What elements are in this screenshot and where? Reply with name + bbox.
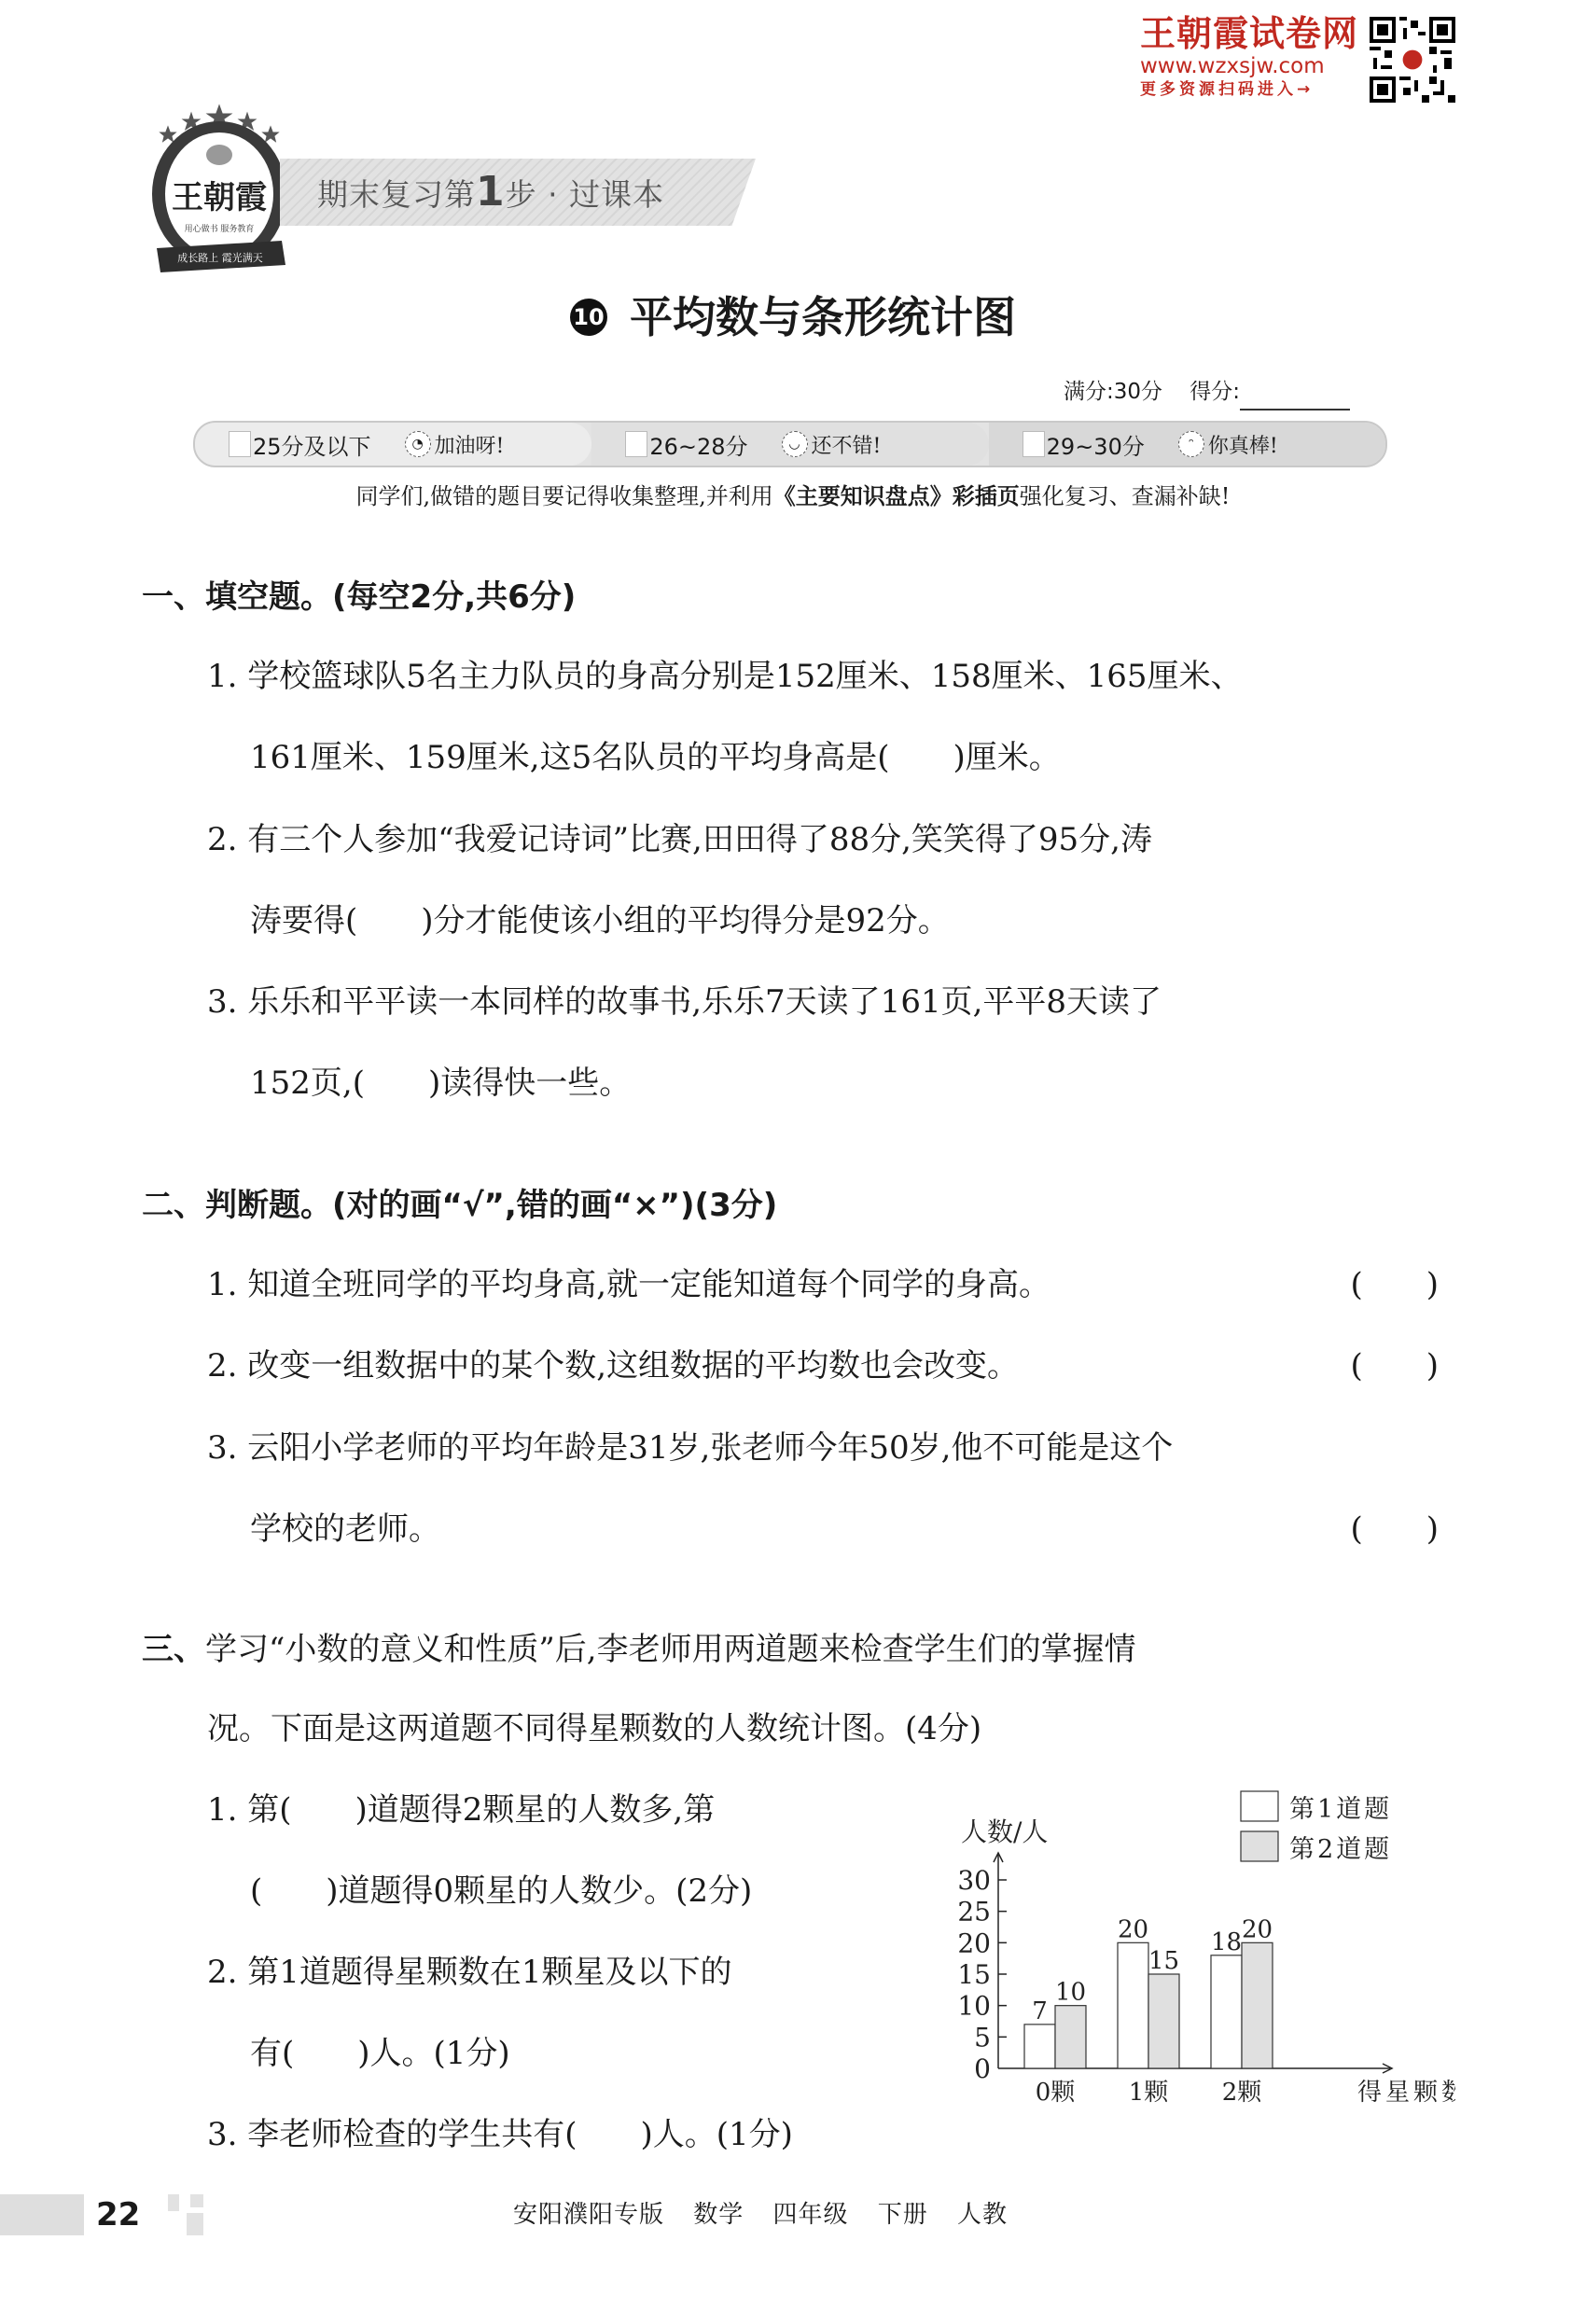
rating-message: 你真棒! (1208, 430, 1278, 459)
banner-step: 1 (476, 168, 506, 216)
y-tick-label: 15 (957, 1959, 991, 1990)
x-tick-label: 0颗 (1036, 2079, 1077, 2107)
section-number: 三、 (142, 1631, 205, 1668)
y-tick-label: 5 (974, 2022, 991, 2053)
legend-label: 第1道题 (1289, 1795, 1392, 1824)
legend-swatch (1241, 1831, 1278, 1861)
score-label: 得分: (1189, 380, 1240, 404)
y-tick-label: 30 (957, 1865, 991, 1896)
rating-message: 加油呀! (435, 430, 505, 459)
score-input[interactable] (1240, 384, 1350, 411)
question-text: 学校的老师。 (250, 1510, 440, 1548)
bar-value-label: 7 (1032, 1997, 1048, 2025)
y-tick-label: 0 (974, 2053, 991, 2084)
question-3-3[interactable]: 3. 李老师检查的学生共有( )人。(1分) (207, 2107, 793, 2163)
bar-value-label: 20 (1118, 1915, 1148, 1943)
sad-face-icon: ◔ (405, 431, 431, 457)
section-3-heading: 三、学习“小数的意义和性质”后,李老师用两道题来检查学生们的掌握情 (142, 1621, 1136, 1677)
rating-option-high: 29~30分 ᵔ 你真棒! (989, 423, 1385, 466)
brand-scan-hint: 更多资源扫码进入→ (1140, 78, 1383, 101)
legend-label: 第2道题 (1289, 1835, 1392, 1864)
rating-checkbox[interactable] (1023, 431, 1045, 457)
footer-decoration (0, 2194, 84, 2235)
question-1-1-line2[interactable]: 161厘米、159厘米,这5名队员的平均身高是( )厘米。 (250, 730, 1061, 786)
answer-blank[interactable]: ( ) (1350, 1501, 1439, 1557)
footer-decoration (190, 2194, 203, 2207)
answer-blank[interactable]: ( ) (1350, 1338, 1439, 1394)
brand-url[interactable]: www.wzxsjw.com (1140, 54, 1383, 78)
qr-code-icon[interactable] (1370, 17, 1455, 103)
bar (1024, 2025, 1055, 2068)
bar-chart: 051015202530人数/人7100颗20151颗18202颗得星颗数第1道… (933, 1754, 1455, 2108)
bar-value-label: 15 (1148, 1947, 1179, 1975)
bar-value-label: 18 (1211, 1928, 1242, 1956)
tip-emphasis: 《主要知识盘点》彩插页 (773, 483, 1020, 509)
bar (1055, 2006, 1086, 2068)
rating-option-low: 25分及以下 ◔ 加油呀! (195, 423, 591, 466)
footer-decoration (168, 2194, 179, 2211)
bar-value-label: 20 (1242, 1915, 1273, 1943)
judge-question-3-line1: 3. 云阳小学老师的平均年龄是31岁,张老师今年50岁,他不可能是这个 (207, 1420, 1173, 1476)
brand-logo-icon: 王朝霞 用心做书 服务教育 成长路上 霞光满天 (140, 101, 299, 278)
brand-block: 王朝霞试卷网 www.wzxsjw.com 更多资源扫码进入→ (1140, 13, 1383, 101)
banner-prefix: 期末复习第 (317, 176, 476, 213)
rating-option-mid: 26~28分 ◡ 还不错! (591, 423, 988, 466)
question-text: 1. 知道全班同学的平均身高,就一定能知道每个同学的身高。 (207, 1266, 1050, 1303)
section-2-heading: 二、判断题。(对的画“√”,错的画“×”)(3分) (142, 1177, 777, 1233)
legend-swatch (1241, 1791, 1278, 1821)
svg-text:成长路上 霞光满天: 成长路上 霞光满天 (177, 251, 263, 264)
question-1-1-line1: 1. 学校篮球队5名主力队员的身高分别是152厘米、158厘米、165厘米、 (207, 648, 1243, 704)
question-1-2-line2[interactable]: 涛要得( )分才能使该小组的平均得分是92分。 (250, 893, 950, 949)
answer-blank[interactable]: ( ) (1350, 1257, 1439, 1313)
study-tip: 同学们,做错的题目要记得收集整理,并利用《主要知识盘点》彩插页强化复习、查漏补缺… (0, 476, 1586, 517)
brand-name: 王朝霞试卷网 (1140, 13, 1383, 54)
full-score: 满分:30分 (1064, 380, 1162, 404)
title-text: 平均数与条形统计图 (630, 292, 1016, 342)
y-axis-label: 人数/人 (961, 1816, 1048, 1847)
judge-question-3-line2: 学校的老师。 ( ) (250, 1501, 1439, 1557)
judge-question-1: 1. 知道全班同学的平均身高,就一定能知道每个同学的身高。 ( ) (207, 1257, 1439, 1313)
banner-title: 期末复习第1步 · 过课本 (317, 168, 664, 219)
smile-face-icon: ◡ (782, 431, 808, 457)
bar (1211, 1955, 1242, 2068)
tip-text: 同学们,做错的题目要记得收集整理,并利用 (356, 483, 773, 509)
section-1-heading: 一、填空题。(每空2分,共6分) (142, 569, 576, 625)
page-title: 10平均数与条形统计图 (0, 280, 1586, 355)
rating-range: 25分及以下 (253, 428, 371, 461)
question-3-2-line2[interactable]: 有( )人。(1分) (250, 2025, 510, 2081)
banner-suffix: 步 · 过课本 (506, 176, 664, 213)
page-number: 22 (96, 2192, 140, 2237)
section-3-text: 学习“小数的意义和性质”后,李老师用两道题来检查学生们的掌握情 (205, 1631, 1136, 1668)
bar (1118, 1942, 1148, 2068)
section-3-heading-line2: 况。下面是这两道题不同得星颗数的人数统计图。(4分) (207, 1701, 981, 1757)
tip-text: 强化复习、查漏补缺! (1020, 483, 1231, 509)
rating-message: 还不错! (812, 430, 882, 459)
y-tick-label: 10 (957, 1991, 991, 2022)
bar-value-label: 10 (1055, 1979, 1086, 2007)
x-tick-label: 1颗 (1129, 2079, 1170, 2107)
happy-face-icon: ᵔ (1178, 431, 1204, 457)
question-1-2-line1: 2. 有三个人参加“我爱记诗词”比赛,田田得了88分,笑笑得了95分,涛 (207, 812, 1152, 868)
score-line: 满分:30分 得分: (1064, 373, 1350, 411)
svg-text:用心做书 服务教育: 用心做书 服务教育 (185, 223, 255, 234)
y-tick-label: 25 (957, 1897, 991, 1927)
question-3-2-line1: 2. 第1道题得星颗数在1颗星及以下的 (207, 1944, 732, 2000)
rating-checkbox[interactable] (229, 431, 251, 457)
question-3-1-line1[interactable]: 1. 第( )道题得2颗星的人数多,第 (207, 1782, 715, 1838)
self-rating-bar: 25分及以下 ◔ 加油呀! 26~28分 ◡ 还不错! 29~30分 ᵔ 你真棒… (193, 421, 1387, 467)
bar (1242, 1942, 1273, 2068)
svg-text:王朝霞: 王朝霞 (172, 179, 267, 216)
rating-checkbox[interactable] (625, 431, 647, 457)
question-1-3-line1: 3. 乐乐和平平读一本同样的故事书,乐乐7天读了161页,平平8天读了 (207, 974, 1162, 1030)
question-3-1-line2[interactable]: ( )道题得0颗星的人数少。(2分) (250, 1863, 752, 1919)
bar (1148, 1974, 1179, 2068)
unit-number-badge: 10 (570, 299, 607, 336)
x-axis-label: 得星颗数 (1357, 2079, 1455, 2107)
rating-range: 29~30分 (1047, 428, 1145, 461)
x-tick-label: 2颗 (1222, 2079, 1263, 2107)
edition-info: 安阳濮阳专版 数学 四年级 下册 人教 (513, 2192, 1008, 2237)
question-text: 2. 改变一组数据中的某个数,这组数据的平均数也会改变。 (207, 1347, 1019, 1385)
judge-question-2: 2. 改变一组数据中的某个数,这组数据的平均数也会改变。 ( ) (207, 1338, 1439, 1394)
question-1-3-line2[interactable]: 152页,( )读得快一些。 (250, 1055, 631, 1111)
y-tick-label: 20 (957, 1927, 991, 1958)
rating-range: 26~28分 (649, 428, 747, 461)
footer-decoration (187, 2213, 203, 2235)
